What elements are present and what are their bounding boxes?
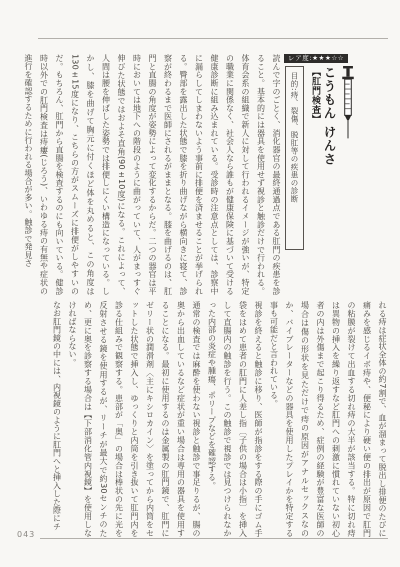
body-text-lower: れる痔は症状全体の約7割で、血が溜まって脱出し排便のたびに痛みを感じるイボ痔や、… [22, 301, 390, 537]
entry-title-kanji: 【肛門検査】 [308, 67, 321, 266]
top-rule [38, 38, 388, 39]
book-page: 読んで字のごとく、消化器官の最終通過点である肛門の疾患を診ること。基本的には器具… [0, 0, 400, 567]
rarity-badge: レア度:★★★☆☆ [284, 54, 348, 63]
body-paragraph: 読んで字のごとく、消化器官の最終通過点である肛門の疾患を診ること。基本的には器具… [22, 54, 284, 295]
body-paragraph: 視診を終えると触診に移り、医師が指診をする際の手にゴム手袋をはめて患者の肛門に人… [204, 301, 266, 537]
lower-tier: れる痔は症状全体の約7割で、血が溜まって脱出し排便のたびに痛みを感じるイボ痔や、… [22, 301, 390, 537]
entry-title-kana: こうもん けんさ [321, 66, 337, 266]
body-paragraph: 通常の検査では麻酔を使わない視診と触診で事足りるが、腸の奥から出血しているなど症… [65, 301, 205, 537]
purpose-box: 目的:痔、裂傷、脱肛等の疾患の診断 [285, 66, 304, 250]
page-number: 043 [17, 530, 35, 539]
page-content: 読んで字のごとく、消化器官の最終通過点である肛門の疾患を診ること。基本的には器具… [22, 45, 390, 537]
syringe-icon [339, 66, 357, 140]
entry-header: レア度:★★★☆☆ 目的:痔、裂傷、脱肛等の疾患の診断 こうもん けんさ 【肛門… [284, 45, 390, 295]
body-paragraph: なお肛門鏡の中には、内視鏡のように肛門へと挿入した際にチ [49, 301, 65, 537]
upper-tier: 読んで字のごとく、消化器官の最終通過点である肛門の疾患を診ること。基本的には器具… [22, 45, 390, 295]
bottom-rule [40, 538, 388, 539]
entry-titles: こうもん けんさ 【肛門検査】 [308, 66, 337, 266]
entry-header-row: 目的:痔、裂傷、脱肛等の疾患の診断 こうもん けんさ 【肛門検査】 [284, 66, 390, 266]
body-paragraph: れる痔は症状全体の約7割で、血が溜まって脱出し排便のたびに痛みを感じるイボ痔や、… [266, 301, 390, 537]
body-text-upper: 読んで字のごとく、消化器官の最終通過点である肛門の疾患を診ること。基本的には器具… [22, 45, 284, 295]
